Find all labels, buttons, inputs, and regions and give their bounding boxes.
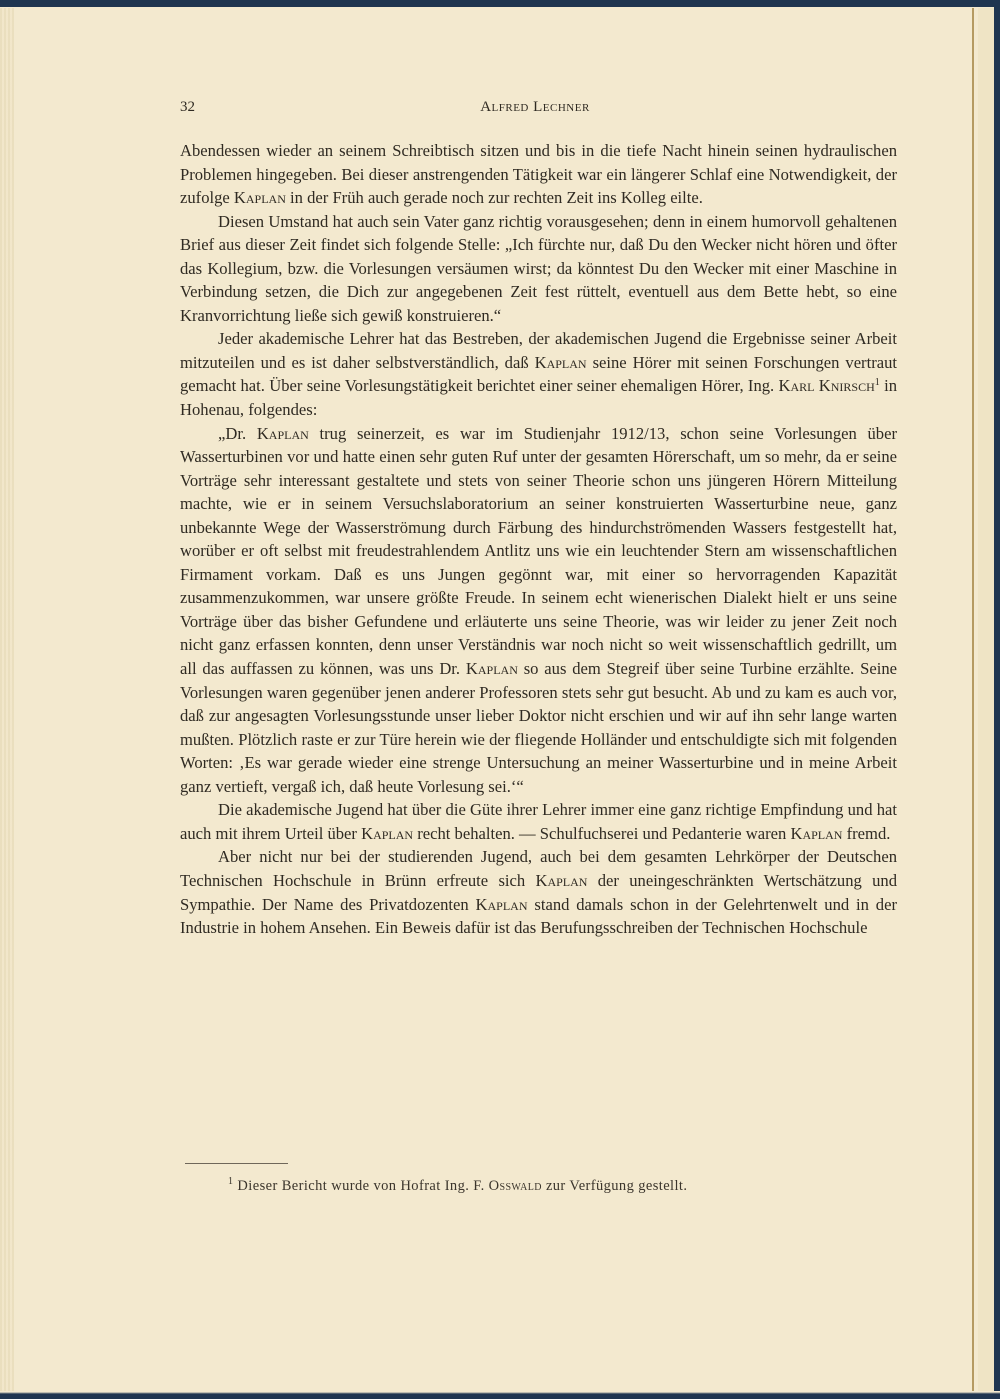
name-smallcaps: Kaplan [234,188,286,207]
footnote-reference: 1 [875,377,880,388]
name-smallcaps: Karl Knirsch [779,376,875,395]
book-cover-right-edge [994,0,1000,1399]
paragraph: Die akademische Jugend hat über die Güte… [180,798,897,845]
footnote-separator [185,1163,288,1164]
name-smallcaps: Kaplan [257,424,309,443]
book-cover-top-edge [0,0,1000,7]
name-smallcaps: Kaplan [535,871,587,890]
name-smallcaps: Kaplan [790,824,842,843]
footnote-text: Dieser Bericht wurde von Hofrat Ing. F. … [233,1178,687,1194]
paragraph: Aber nicht nur bei der studierenden Juge… [180,845,897,939]
name-smallcaps: Osswald [489,1178,542,1194]
name-smallcaps: Kaplan [476,895,528,914]
footnote: 1 Dieser Bericht wurde von Hofrat Ing. F… [228,1178,908,1195]
page-stack-left-edge [0,8,14,1393]
paragraph: Diesen Umstand hat auch sein Vater ganz … [180,210,897,328]
name-smallcaps: Kaplan [361,824,413,843]
name-smallcaps: Kaplan [466,659,518,678]
name-smallcaps: Kaplan [535,353,587,372]
body-text: Abendessen wieder an seinem Schreibtisch… [180,139,897,940]
running-head: 32 Alfred Lechner [180,99,897,119]
book-cover-bottom-edge [0,1391,1000,1399]
paragraph: Jeder akademische Lehrer hat das Bestreb… [180,327,897,421]
page-stack-right-edge [978,8,994,1393]
running-title: Alfred Lechner [180,99,790,116]
paragraph: Abendessen wieder an seinem Schreibtisch… [180,139,897,210]
paragraph: „Dr. Kaplan trug seinerzeit, es war im S… [180,422,897,799]
page-gutter-line [972,8,974,1393]
